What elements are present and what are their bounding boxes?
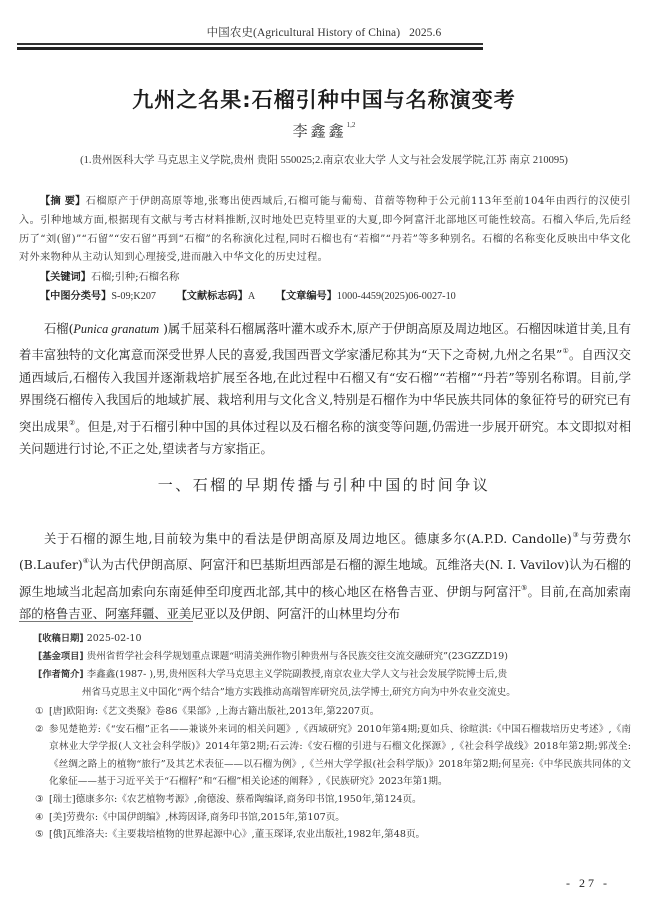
running-header: 中国农史(Agricultural History of China) 2025…	[0, 24, 648, 40]
bio-value-line2: 州省马克思主义中国化“两个结合”地方实践推动高端智库研究员,法学博士,研究方向为…	[38, 684, 628, 702]
keywords-label: 【关键词】	[40, 272, 91, 283]
footnote-number: ④	[35, 809, 49, 827]
affiliation: (1.贵州医科大学 马克思主义学院,贵州 贵阳 550025;2.南京农业大学 …	[0, 152, 648, 167]
header-rule-thick	[17, 47, 483, 51]
clc-value: S-09;K207	[111, 291, 156, 302]
footnote-item: ②参见楚艳芳:《“安石榴”正名——兼谈外来词的相关问题》,《西域研究》2010年…	[35, 721, 631, 791]
received-date: [收稿日期] 2025-02-10	[38, 630, 628, 648]
author-line: 李鑫鑫1,2	[0, 120, 648, 141]
footnote-ref-3[interactable]: ③	[572, 531, 580, 539]
author-name: 李鑫鑫	[293, 122, 347, 140]
author-affiliation-marker: 1,2	[347, 121, 356, 129]
footnote-item: ⑤[俄]瓦维洛夫:《主要栽培植物的世界起源中心》,董玉琛译,农业出版社,1982…	[35, 826, 631, 844]
bio-value-line1: 李鑫鑫(1987- ),男,贵州医科大学马克思主义学院副教授,南京农业大学人文与…	[87, 669, 507, 680]
footnote-number: ⑤	[35, 826, 49, 844]
footnote-number: ①	[35, 703, 49, 721]
fund-label: [基金项目]	[38, 651, 84, 662]
article-number-field: 【文章编号】1000-4459(2025)06-0027-10	[276, 291, 456, 302]
footnote-text: [唐]欧阳询:《艺文类聚》卷86《果部》,上海古籍出版社,2013年,第2207…	[49, 703, 631, 721]
received-label: [收稿日期]	[38, 633, 84, 644]
footnote-text: [俄]瓦维洛夫:《主要栽培植物的世界起源中心》,董玉琛译,农业出版社,1982年…	[49, 826, 631, 844]
article-number-label: 【文章编号】	[276, 291, 337, 302]
received-value: 2025-02-10	[87, 633, 142, 644]
footnote-item: ④[美]劳费尔:《中国伊朗编》,林筠因译,商务印书馆,2015年,第107页。	[35, 809, 631, 827]
sec1-text-a: 关于石榴的源生地,目前较为集中的看法是伊朗高原及周边地区。德康多尔(A.P.D.…	[44, 532, 572, 546]
abstract-label: 【摘 要】	[40, 196, 86, 207]
footnote-ref-1[interactable]: ①	[562, 347, 569, 355]
article-number-value: 1000-4459(2025)06-0027-10	[337, 291, 456, 302]
header-double-rule	[17, 43, 483, 50]
footnote-divider	[19, 621, 193, 622]
section-1-body: 关于石榴的源生地,目前较为集中的看法是伊朗高原及周边地区。德康多尔(A.P.D.…	[19, 524, 631, 626]
bio-label: [作者简介]	[38, 669, 84, 680]
page-number: - 27 -	[566, 876, 610, 891]
intro-paragraph: 石榴(Punica granatum )属千屈菜科石榴属落叶灌木或乔木,原产于伊…	[19, 318, 631, 460]
fund-project: [基金项目] 贵州省哲学社会科学规划重点课题“明清美洲作物引种贵州与各民族交往交…	[38, 648, 628, 666]
doc-code-value: A	[248, 291, 255, 302]
fund-value: 贵州省哲学社会科学规划重点课题“明清美洲作物引种贵州与各民族交往交流交融研究”(…	[87, 651, 508, 662]
abstract: 【摘 要】石榴原产于伊朗高原等地,张骞出使西域后,石榴可能与葡萄、苜蓿等物种于公…	[19, 193, 631, 268]
doc-code-label: 【文献标志码】	[177, 291, 248, 302]
classification-line: 【中图分类号】S-09;K207 【文献标志码】A 【文章编号】1000-445…	[40, 287, 474, 302]
abstract-text: 石榴原产于伊朗高原等地,张骞出使西域后,石榴可能与葡萄、苜蓿等物种于公元前113…	[19, 196, 631, 263]
footnote-text: [美]劳费尔:《中国伊朗编》,林筠因译,商务印书馆,2015年,第107页。	[49, 809, 631, 827]
footnote-item: ①[唐]欧阳询:《艺文类聚》卷86《果部》,上海古籍出版社,2013年,第220…	[35, 703, 631, 721]
section-heading-1: 一、石榴的早期传播与引种中国的时间争议	[0, 474, 648, 495]
section-1-paragraph: 关于石榴的源生地,目前较为集中的看法是伊朗高原及周边地区。德康多尔(A.P.D.…	[19, 524, 631, 626]
clc-field: 【中图分类号】S-09;K207	[40, 291, 156, 302]
author-bio: [作者简介] 李鑫鑫(1987- ),男,贵州医科大学马克思主义学院副教授,南京…	[38, 666, 628, 701]
footnote-number: ③	[35, 791, 49, 809]
footnotes: ①[唐]欧阳询:《艺文类聚》卷86《果部》,上海古籍出版社,2013年,第220…	[35, 703, 631, 844]
keywords-text: 石榴;引种;石榴名称	[91, 272, 179, 283]
latin-name: Punica granatum	[73, 322, 159, 336]
introduction: 石榴(Punica granatum )属千屈菜科石榴属落叶灌木或乔木,原产于伊…	[19, 318, 631, 460]
intro-text-a: 石榴(	[44, 322, 73, 336]
journal-page: 中国农史(Agricultural History of China) 2025…	[0, 0, 648, 909]
footnote-number: ②	[35, 721, 49, 791]
footnote-text: [瑞士]德康多尔:《农艺植物考源》,俞德浚、蔡希陶编译,商务印书馆,1950年,…	[49, 791, 631, 809]
footnote-text: 参见楚艳芳:《“安石榴”正名——兼谈外来词的相关问题》,《西域研究》2010年第…	[49, 721, 631, 791]
clc-label: 【中图分类号】	[40, 291, 111, 302]
doc-code-field: 【文献标志码】A	[177, 291, 256, 302]
keywords: 【关键词】石榴;引种;石榴名称	[40, 268, 179, 283]
footnote-item: ③[瑞士]德康多尔:《农艺植物考源》,俞德浚、蔡希陶编译,商务印书馆,1950年…	[35, 791, 631, 809]
header-rule-thin	[17, 43, 483, 45]
intro-text-d: 。但是,对于石榴引种中国的具体过程以及石榴名称的演变等问题,仍需进一步展开研究。…	[19, 420, 631, 456]
article-title: 九州之名果:石榴引种中国与名称演变考	[0, 84, 648, 114]
